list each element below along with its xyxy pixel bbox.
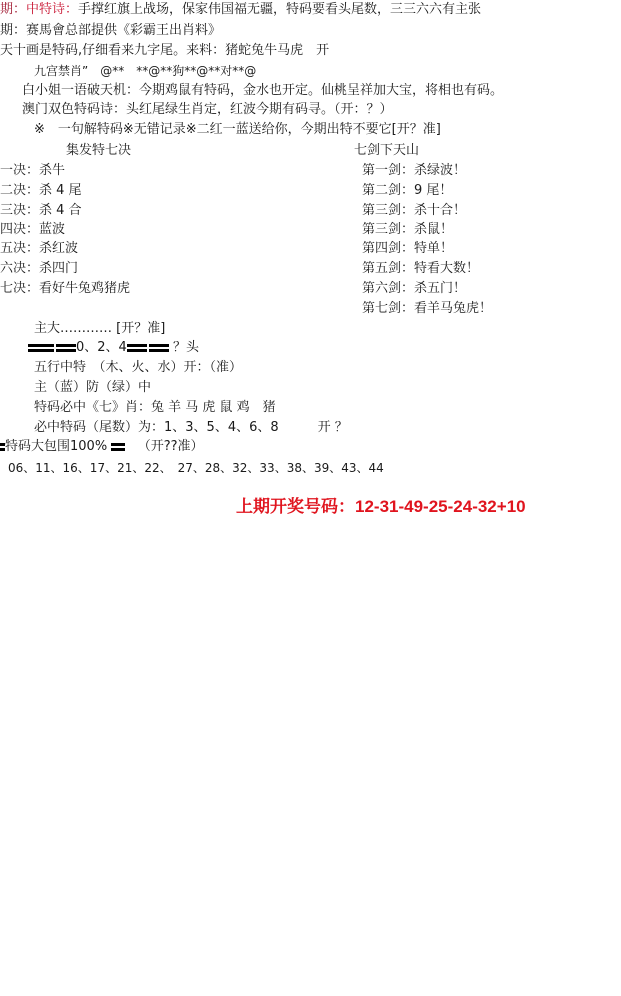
- number-list: 06、11、16、17、21、22、 27、28、32、33、38、39、43、…: [8, 459, 384, 477]
- big-package-line: 特码大包围100% （开??准）: [0, 438, 204, 456]
- big-package-label: 特码大包围100%: [5, 439, 107, 454]
- zodiac-seven-line: 特码必中《七》肖：兔 羊 马 虎 鼠 鸡 猪: [34, 399, 276, 417]
- double-bar-icon: [127, 342, 169, 354]
- sword-item: 第四剑：特单！: [362, 240, 453, 258]
- bar-icon: [111, 441, 125, 453]
- hint-line-1: 白小姐一语破天机：今期鸡鼠有特码，金水也开定。仙桃呈祥加大宝，将相也有码。: [22, 82, 503, 100]
- sword-item: 第二剑：9 尾！: [362, 182, 452, 200]
- last-draw-label: 上期开奖号码：: [236, 497, 355, 516]
- head-numbers: 0、2、4: [76, 340, 127, 355]
- seven-tips-title: 集发特七决: [66, 142, 131, 160]
- tip-item: 二决：杀 4 尾: [0, 182, 82, 200]
- sword-item: 第三剑：杀鼠！: [362, 221, 453, 239]
- period-prefix: 期：: [0, 2, 26, 17]
- main-big-line: 主大………… [开？准]: [34, 320, 165, 338]
- tail-numbers-line: 必中特码（尾数）为：1、3、5、4、6、8 开 ？: [34, 419, 348, 437]
- sword-item: 第七剑：看羊马兔虎！: [362, 300, 492, 318]
- sword-item: 第五剑：特看大数！: [362, 260, 479, 278]
- poem-text: 手撑红旗上战场，保家伟国福无疆，特码要看头尾数，三三六六有主张: [78, 2, 481, 17]
- color-line: 主（蓝）防（绿）中: [34, 379, 151, 397]
- poem-label: 中特诗：: [26, 2, 78, 17]
- head-numbers-line: 0、2、4 ？头: [28, 339, 199, 357]
- tip-item: 六决：杀四门: [0, 260, 78, 278]
- source-line: 期：赛馬會总部提供《彩霸王出肖料》: [0, 22, 221, 40]
- tip-item: 一决：杀牛: [0, 162, 65, 180]
- big-package-suffix: （开??准）: [138, 439, 204, 454]
- sword-item: 第一剑：杀绿波！: [362, 162, 466, 180]
- last-draw-result: 上期开奖号码：12-31-49-25-24-32+10: [236, 492, 526, 517]
- double-bar-icon: [28, 342, 76, 354]
- last-draw-numbers: 12-31-49-25-24-32+10: [355, 497, 526, 516]
- forbidden-zodiac-line: 九宫禁肖” @** **@**狗**@**对**@: [34, 62, 256, 80]
- sword-item: 第六剑：杀五门！: [362, 280, 466, 298]
- head-suffix: ？头: [173, 340, 199, 355]
- tip-item: 七决：看好牛兔鸡猪虎: [0, 280, 130, 298]
- five-elements-line: 五行中特 （木、火、水）开：（准）: [34, 359, 242, 377]
- bar-icon: [0, 441, 5, 453]
- tip-item: 五决：杀红波: [0, 240, 78, 258]
- riddle-line: 天十画是特码,仔细看来九字尾。来料：猪蛇兔牛马虎 开: [0, 42, 329, 60]
- seven-swords-title: 七剑下天山: [354, 142, 419, 160]
- hint-line-2: 澳门双色特码诗：头红尾绿生肖定，红波今期有码寻。（开：？）: [22, 101, 393, 119]
- tip-item: 三决：杀 4 合: [0, 202, 82, 220]
- header-poem-line: 期：中特诗：手撑红旗上战场，保家伟国福无疆，特码要看头尾数，三三六六有主张: [0, 1, 481, 19]
- tip-item: 四决：蓝波: [0, 221, 65, 239]
- hint-line-3: ※ 一句解特码※无错记录※二红一蓝送给你，今期出特不要它[开？准]: [34, 121, 441, 139]
- sword-item: 第三剑：杀十合！: [362, 202, 466, 220]
